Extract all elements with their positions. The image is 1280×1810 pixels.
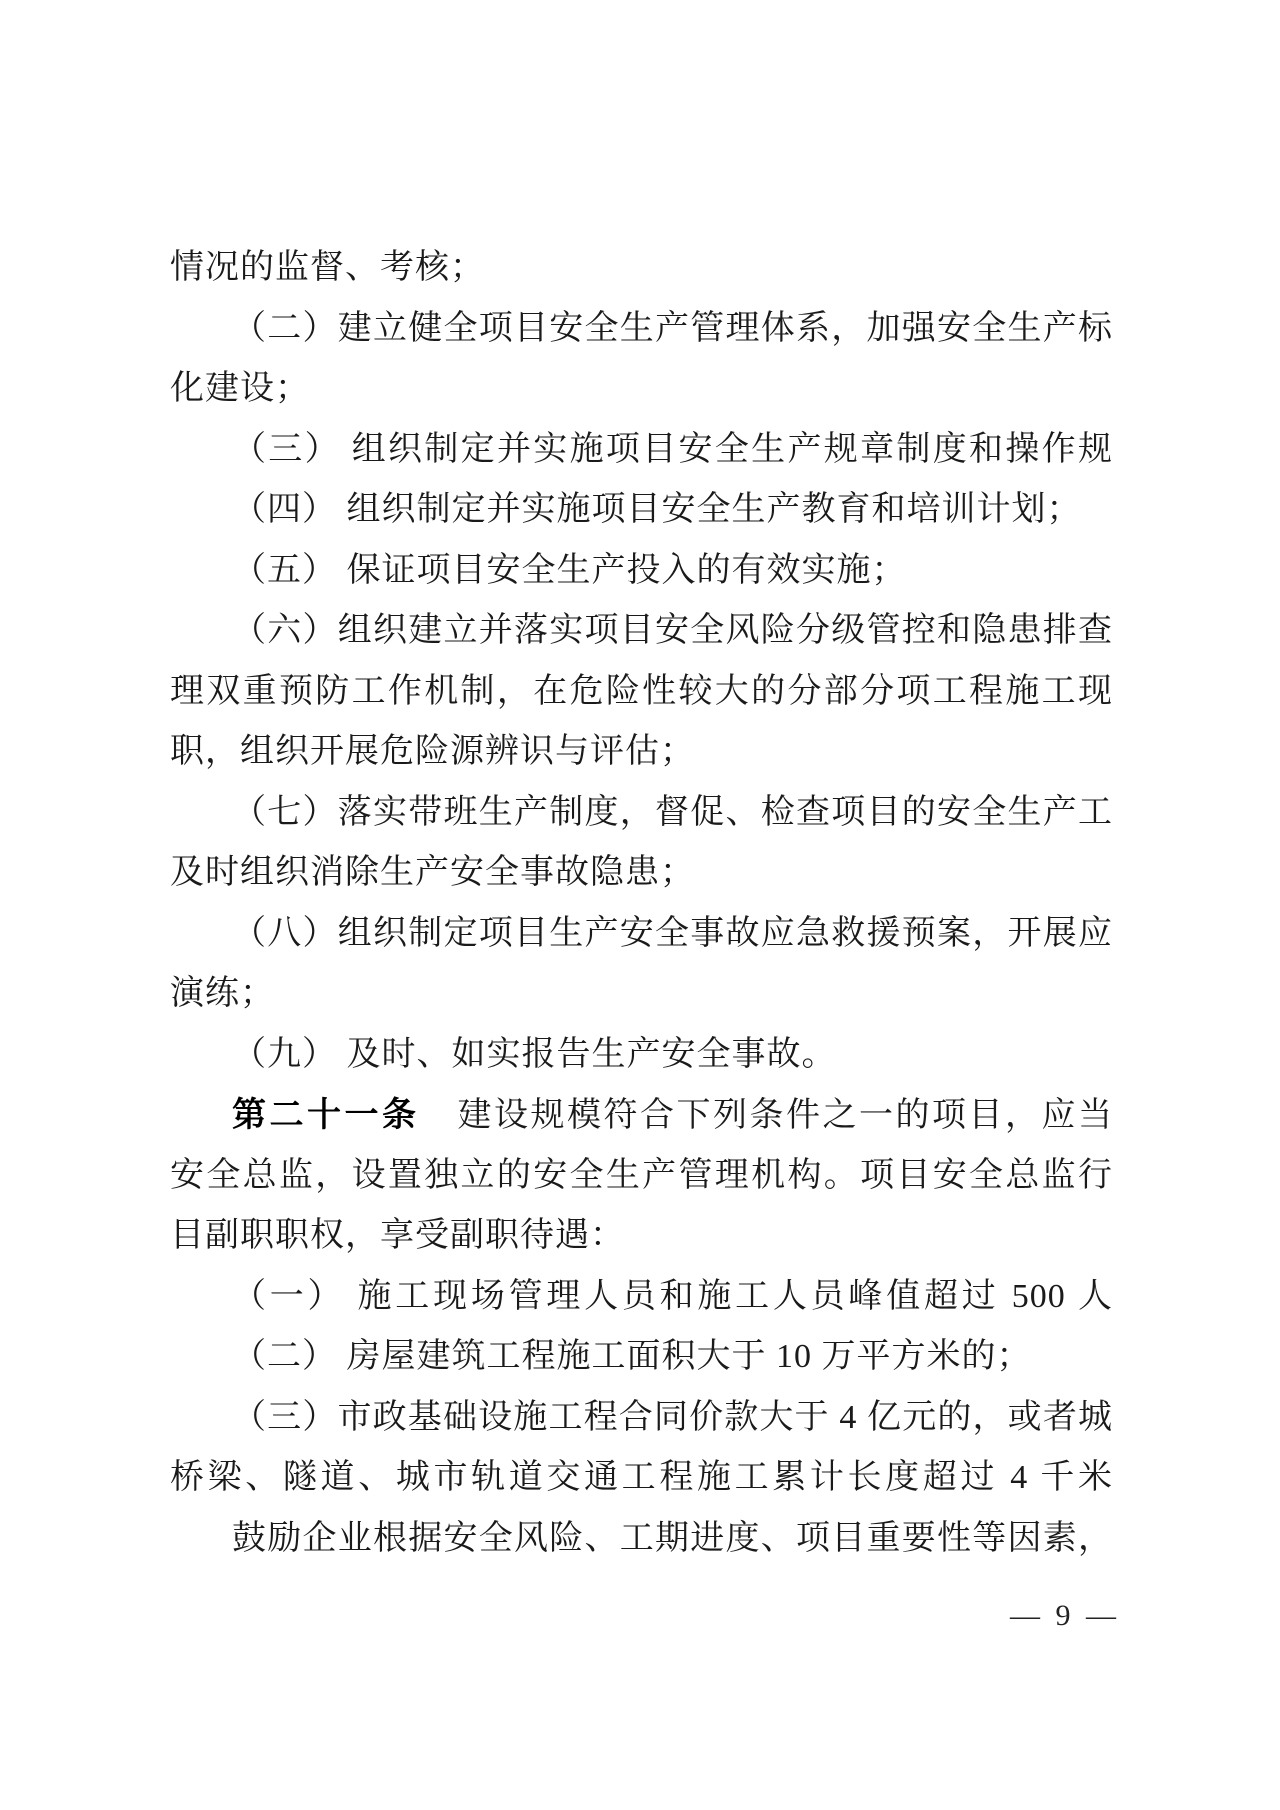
document-line: 化建设； — [170, 359, 1113, 420]
article-number-bold: 第二十一条 — [232, 1096, 420, 1134]
document-line: （三） 组织制定并实施项目安全生产规章制度和操作规程； — [170, 420, 1113, 481]
document-line: （六）组织建立并落实项目安全风险分级管控和隐患排查治 — [170, 601, 1113, 662]
document-line: （一） 施工现场管理人员和施工人员峰值超过 500 人的； — [170, 1267, 1113, 1328]
document-line: （四） 组织制定并实施项目安全生产教育和培训计划； — [170, 480, 1113, 541]
document-page: 情况的监督、考核；（二）建立健全项目安全生产管理体系，加强安全生产标准化建设；（… — [0, 0, 1280, 1810]
document-line: 演练； — [170, 964, 1113, 1025]
document-line: （二）建立健全项目安全生产管理体系，加强安全生产标准 — [170, 299, 1113, 360]
document-line: 第二十一条建设规模符合下列条件之一的项目，应当配备 — [170, 1085, 1113, 1146]
document-line: 桥梁、隧道、城市轨道交通工程施工累计长度超过 4 千米的。 — [170, 1448, 1113, 1509]
page-footer: — 9 — — [1010, 1598, 1120, 1634]
document-line: （五） 保证项目安全生产投入的有效实施； — [170, 541, 1113, 602]
document-line: 安全总监，设置独立的安全生产管理机构。项目安全总监行使项 — [170, 1146, 1113, 1207]
document-line: （九） 及时、如实报告生产安全事故。 — [170, 1025, 1113, 1086]
document-line: 情况的监督、考核； — [170, 238, 1113, 299]
document-line: （二） 房屋建筑工程施工面积大于 10 万平方米的； — [170, 1327, 1113, 1388]
document-line: 鼓励企业根据安全风险、工期进度、项目重要性等因素，在 — [170, 1509, 1113, 1570]
document-line: 及时组织消除生产安全事故隐患； — [170, 843, 1113, 904]
document-line: 职，组织开展危险源辨识与评估； — [170, 722, 1113, 783]
document-line: （八）组织制定项目生产安全事故应急救援预案，开展应急 — [170, 904, 1113, 965]
document-line: 目副职职权，享受副职待遇： — [170, 1206, 1113, 1267]
page-number: — 9 — — [1010, 1599, 1120, 1632]
document-line: （七）落实带班生产制度，督促、检查项目的安全生产工作， — [170, 783, 1113, 844]
document-line: 理双重预防工作机制，在危险性较大的分部分项工程施工现场履 — [170, 662, 1113, 723]
document-line: （三）市政基础设施工程合同价款大于 4 亿元的，或者城市 — [170, 1388, 1113, 1449]
document-body: 情况的监督、考核；（二）建立健全项目安全生产管理体系，加强安全生产标准化建设；（… — [170, 238, 1113, 1569]
